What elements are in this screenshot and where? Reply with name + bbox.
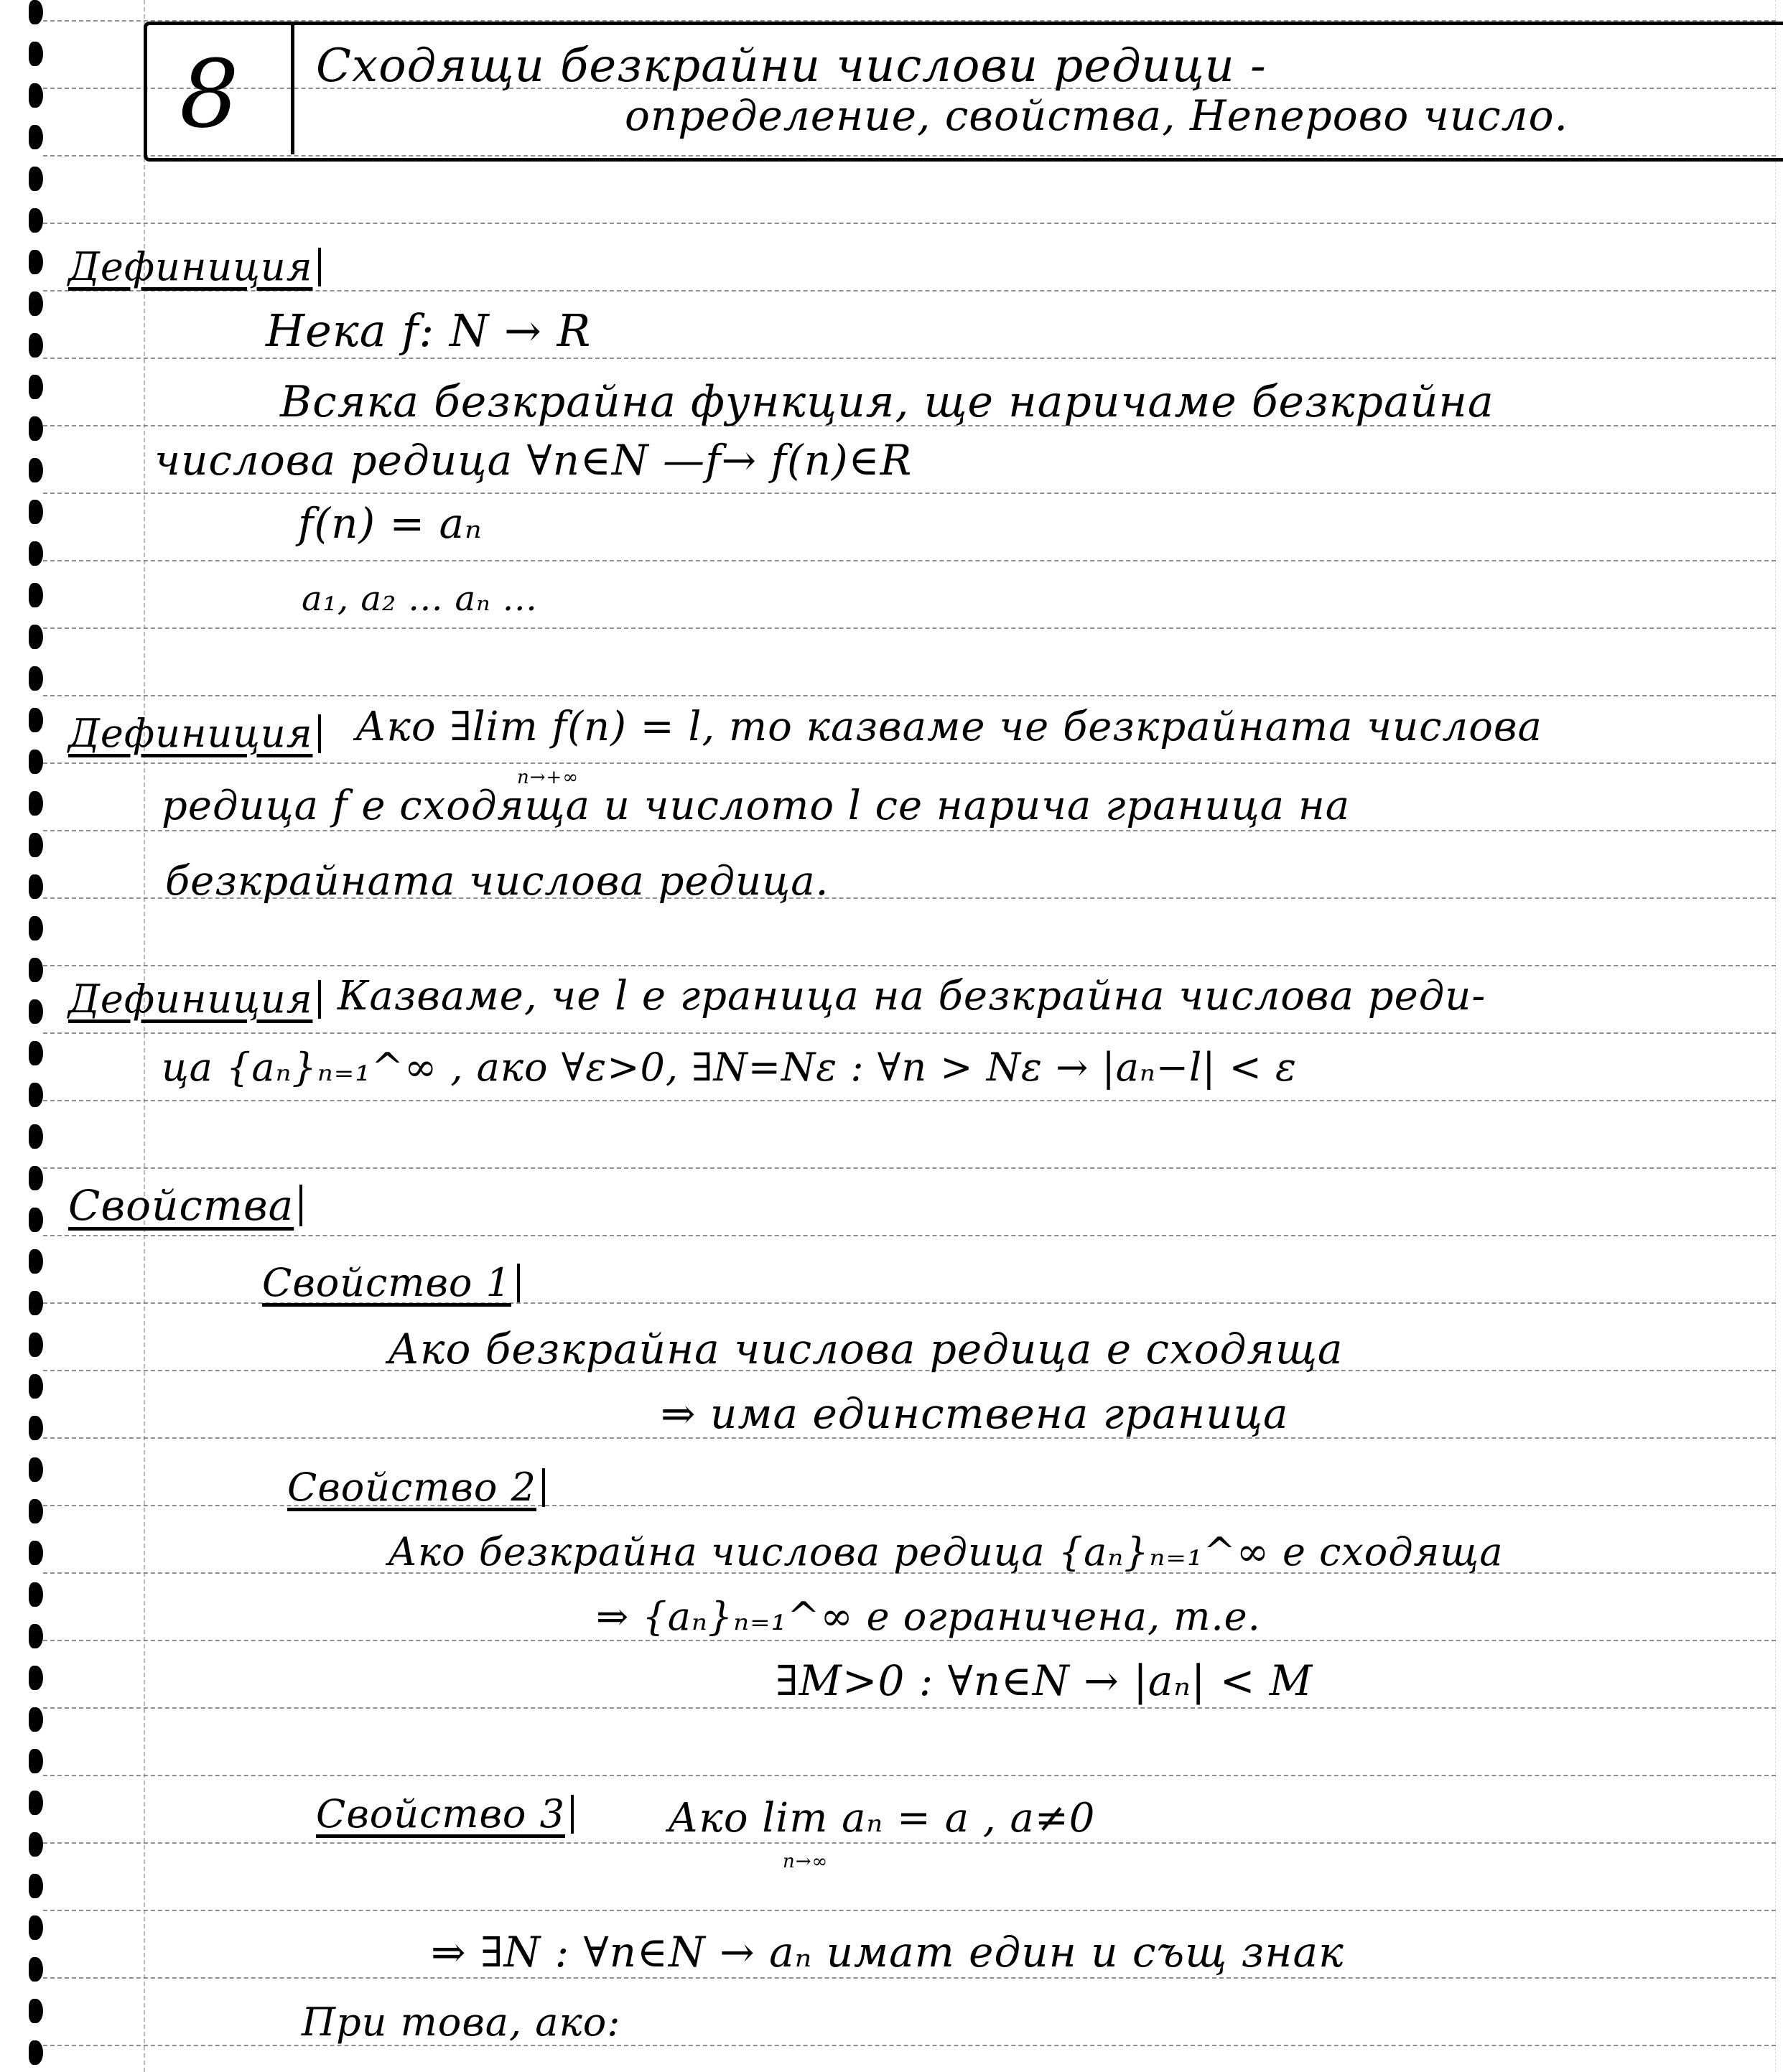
property1-heading: Свойство 1 <box>262 1264 520 1302</box>
definition1-line5: a₁, a₂ ... aₙ ... <box>302 582 538 616</box>
binding-hole <box>29 2040 43 2065</box>
definition2-line1: Ако ∃lim f(n) = l, то казваме че безкрай… <box>355 707 1542 747</box>
definition1-line4: f(n) = aₙ <box>298 503 483 544</box>
ruled-line <box>43 1910 1776 1911</box>
binding-hole <box>29 1749 43 1773</box>
right-edge-line <box>1775 0 1776 2072</box>
definition3-heading: Дефиниция <box>68 980 321 1019</box>
binding-hole <box>29 42 43 66</box>
binding-hole <box>29 1208 43 1232</box>
binding-hole <box>29 416 43 441</box>
binding-hole <box>29 1124 43 1149</box>
ruled-line <box>43 627 1776 629</box>
notebook-page: 8 Сходящи безкрайни числови редици - опр… <box>0 0 1783 2072</box>
binding-hole <box>29 208 43 233</box>
binding-hole <box>29 1166 43 1190</box>
ruled-line <box>43 1167 1776 1169</box>
binding-hole <box>29 1582 43 1607</box>
binding-hole <box>29 1999 43 2023</box>
ruled-line <box>43 830 1776 831</box>
ruled-line <box>43 762 1776 764</box>
binding-hole <box>29 666 43 691</box>
definition3-line2: ца {aₙ}ₙ₌₁^∞ , ако ∀ε>0, ∃N=Nε : ∀n > Nε… <box>162 1048 1297 1087</box>
ruled-line <box>43 1707 1776 1709</box>
binding-hole <box>29 1832 43 1857</box>
binding-hole <box>29 1541 43 1565</box>
binding-hole <box>29 1791 43 1815</box>
binding-hole <box>29 1249 43 1274</box>
binding-hole <box>29 167 43 191</box>
binding-hole <box>29 708 43 732</box>
binding-hole <box>29 1457 43 1482</box>
ruled-line <box>43 358 1776 359</box>
property1-line2: ⇒ има единствена граница <box>661 1393 1289 1434</box>
ruled-line <box>43 560 1776 561</box>
property3-limit-subscript: n→∞ <box>783 1852 828 1871</box>
ruled-line <box>43 1842 1776 1844</box>
definition1-heading: Дефиниция <box>68 248 321 286</box>
binding-hole <box>29 625 43 649</box>
binding-hole <box>29 1915 43 1940</box>
property3-line3: При това, ако: <box>302 2003 620 2042</box>
property2-line1: Ако безкрайна числова редица {aₙ}ₙ₌₁^∞ е… <box>388 1533 1504 1572</box>
binding-hole <box>29 1499 43 1523</box>
binding-hole <box>29 750 43 774</box>
ruled-line <box>43 965 1776 966</box>
page-title-line2: определение, свойства, Неперово число. <box>625 95 1568 136</box>
binding-hole <box>29 541 43 566</box>
property1-line1: Ако безкрайна числова редица е сходяща <box>388 1328 1343 1370</box>
binding-hole <box>29 1957 43 1982</box>
page-number: 8 <box>180 39 239 149</box>
binding-hole <box>29 1874 43 1898</box>
ruled-line <box>43 695 1776 696</box>
binding-hole <box>29 1707 43 1732</box>
property3-heading: Свойство 3 <box>316 1795 574 1834</box>
binding-hole <box>29 874 43 899</box>
definition1-line2: Всяка безкрайна функция, ще наричаме без… <box>280 381 1494 424</box>
ruled-line <box>43 1640 1776 1641</box>
property2-heading: Свойство 2 <box>287 1468 545 1507</box>
binding-hole <box>29 83 43 108</box>
binding-hole <box>29 375 43 399</box>
ruled-line <box>43 1977 1776 1979</box>
page-title-line1: Сходящи безкрайни числови редици - <box>316 43 1267 89</box>
property2-line2: ⇒ {aₙ}ₙ₌₁^∞ е ограничена, т.е. <box>596 1597 1261 1636</box>
binding-hole <box>29 1333 43 1357</box>
binding-hole <box>29 333 43 358</box>
ruled-line <box>43 1032 1776 1034</box>
binding-hole <box>29 250 43 274</box>
ruled-line <box>43 1235 1776 1236</box>
binding-hole <box>29 0 43 24</box>
definition2-heading: Дефиниция <box>68 714 321 753</box>
binding-hole <box>29 958 43 982</box>
binding-hole <box>29 916 43 941</box>
ruled-line <box>43 1100 1776 1101</box>
binding-hole <box>29 125 43 149</box>
binding-hole <box>29 1041 43 1065</box>
properties-heading: Свойства <box>68 1185 302 1226</box>
title-divider <box>291 22 294 154</box>
binding-hole <box>29 500 43 524</box>
ruled-line <box>43 290 1776 291</box>
ruled-line <box>43 493 1776 494</box>
binding-hole <box>29 1666 43 1690</box>
binding-hole <box>29 833 43 857</box>
ruled-line <box>43 2045 1776 2046</box>
property3-line1: Ако lim aₙ = a , a≠0 <box>668 1798 1095 1839</box>
binding-hole <box>29 458 43 482</box>
binding-hole <box>29 1291 43 1315</box>
definition3-line1: Казваме, че l е граница на безкрайна чис… <box>337 976 1486 1017</box>
margin-line <box>144 0 145 2072</box>
binding-hole <box>29 999 43 1024</box>
definition1-line1: Нека f: N → R <box>266 309 591 353</box>
ruled-line <box>43 223 1776 224</box>
binding-hole <box>29 291 43 316</box>
binding-hole <box>29 583 43 607</box>
binding-hole <box>29 1416 43 1440</box>
binding-hole <box>29 1083 43 1107</box>
ruled-line <box>43 1775 1776 1776</box>
definition2-line2: редица f е сходяща и числото l се нарича… <box>162 786 1350 826</box>
property2-line3: ∃M>0 : ∀n∈N → |aₙ| < M <box>776 1660 1313 1702</box>
definition2-line3: безкрайната числова редица. <box>165 862 829 902</box>
property3-line2: ⇒ ∃N : ∀n∈N → aₙ имат един и същ знак <box>431 1931 1344 1973</box>
binding-hole <box>29 1374 43 1399</box>
binding-hole <box>29 1624 43 1648</box>
binding-hole <box>29 791 43 816</box>
definition1-line3: числова редица ∀n∈N —f→ f(n)∈R <box>154 439 912 481</box>
